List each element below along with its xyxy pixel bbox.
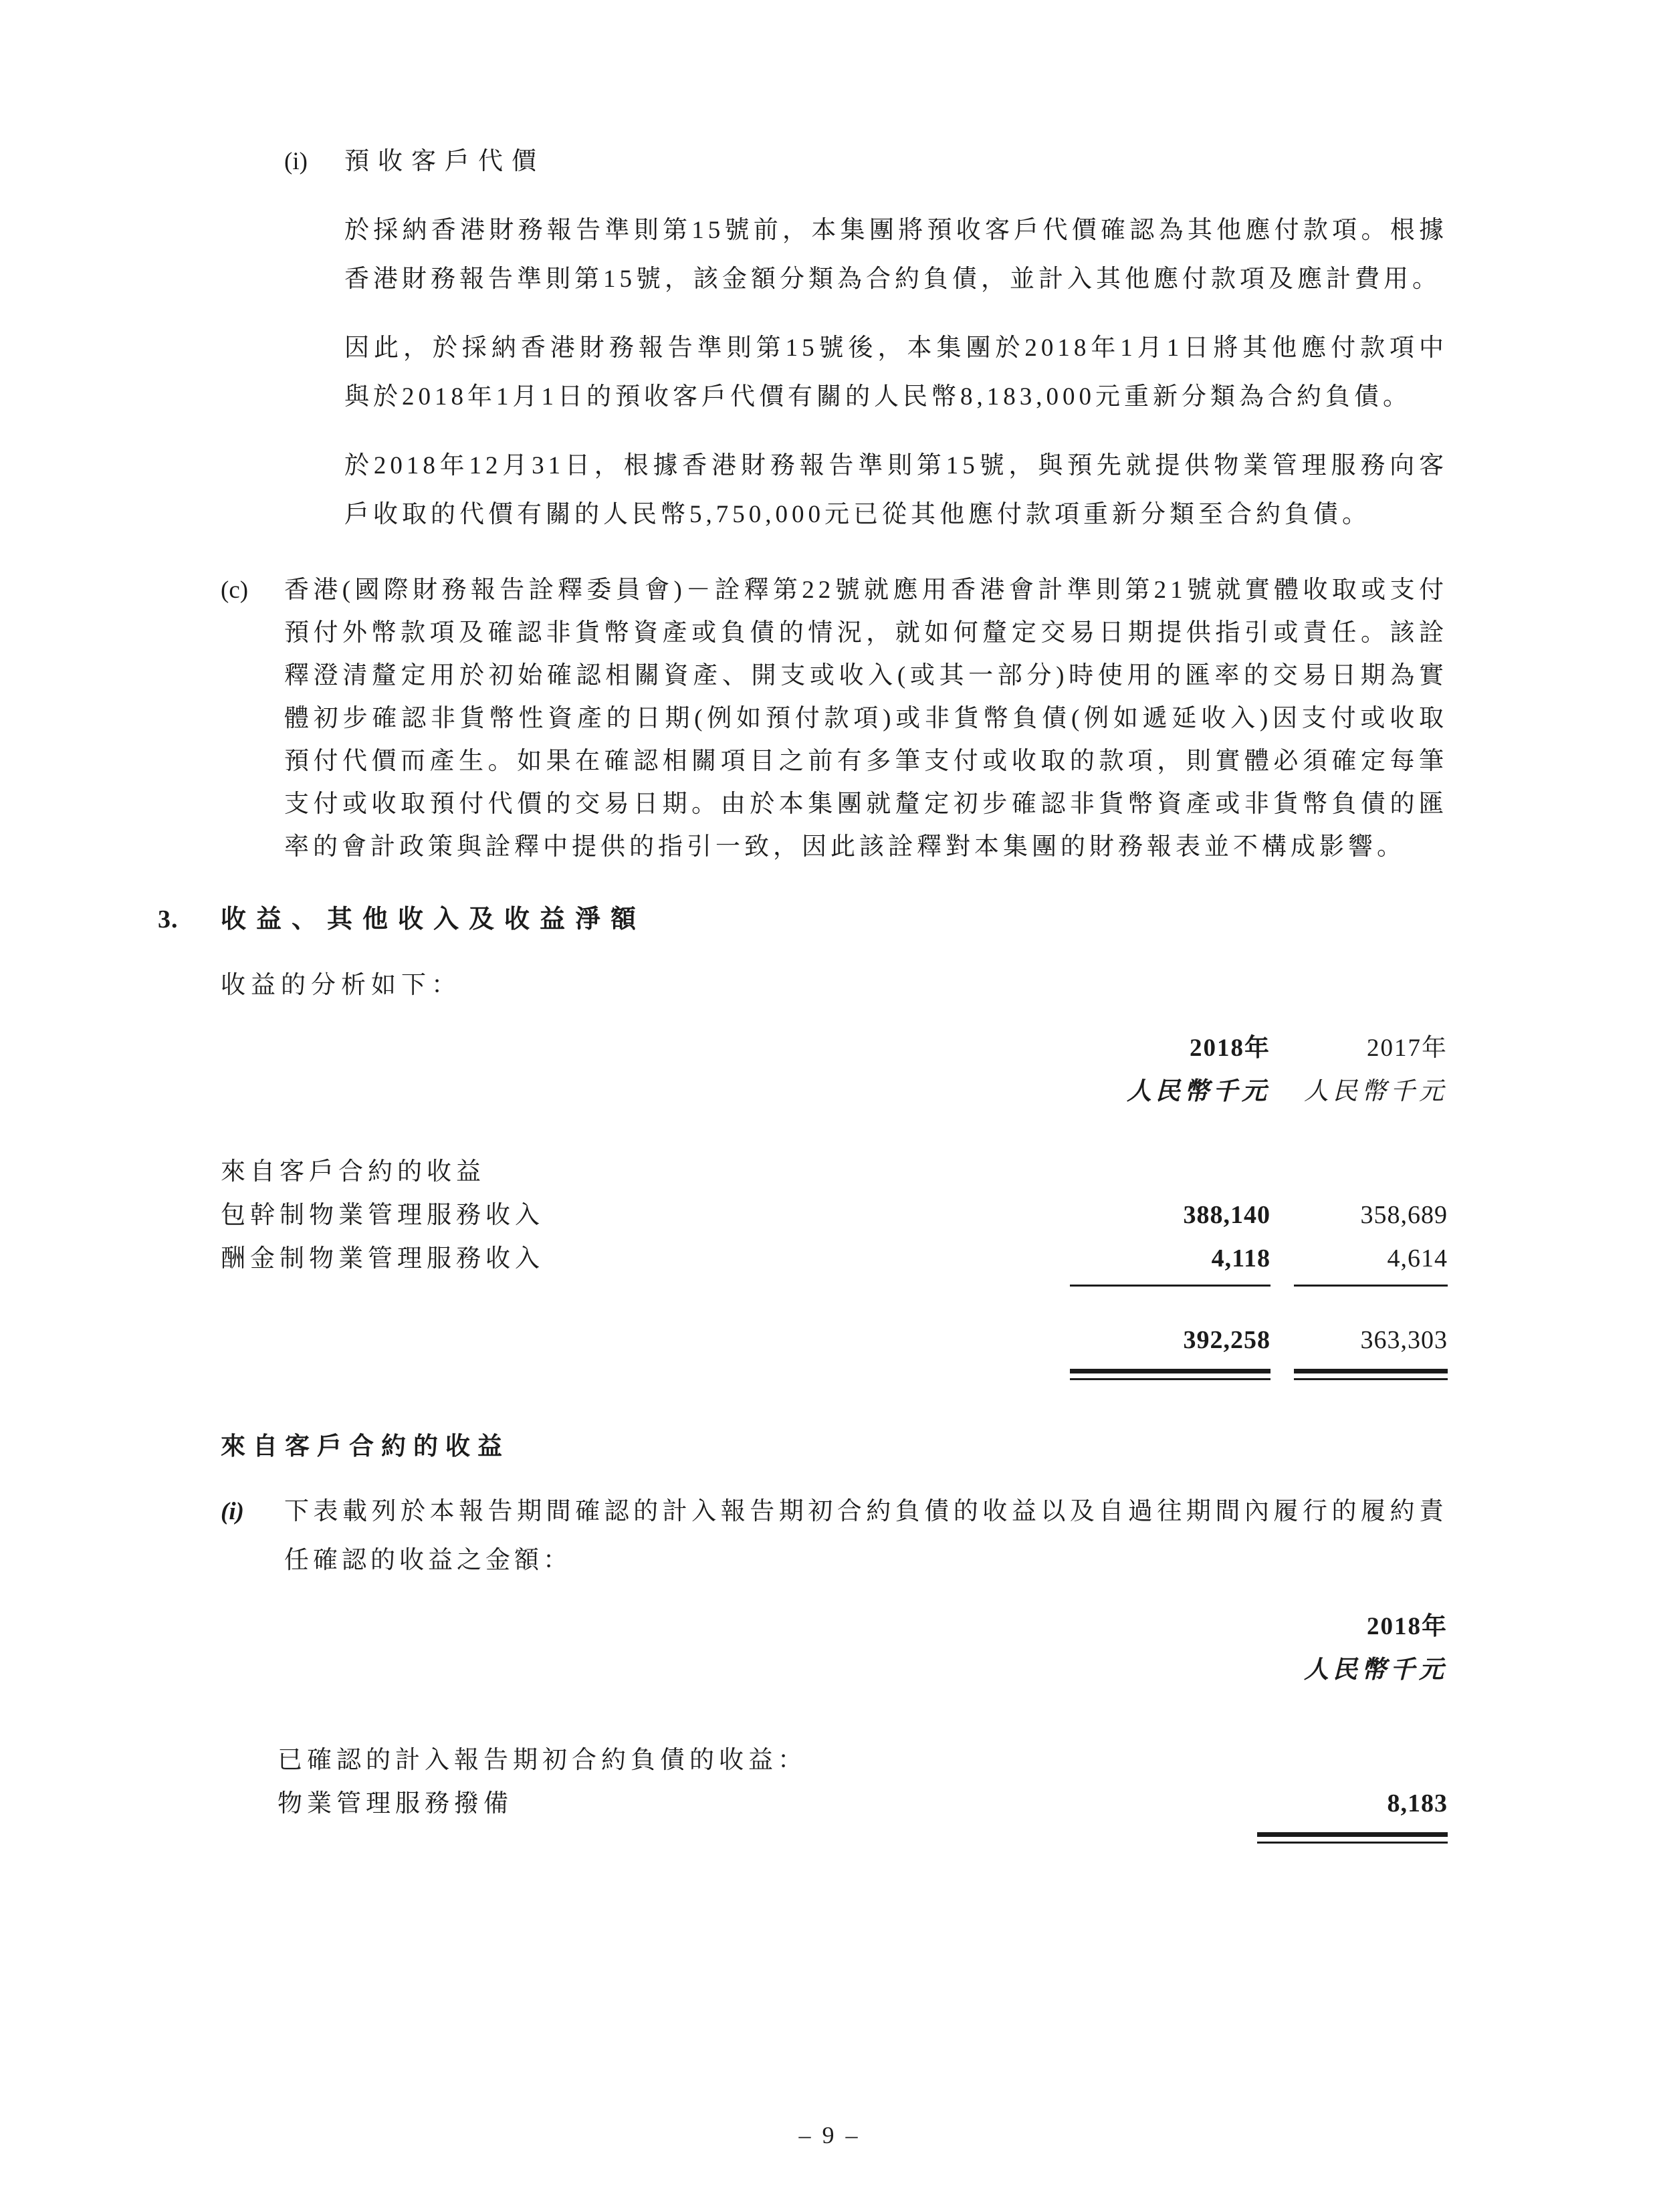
prepayment-paragraph-1: 於採納香港財務報告準則第15號前，本集團將預收客戶代價確認為其他應付款項。根據香… <box>344 206 1448 304</box>
item-c-label: (c) <box>221 569 284 869</box>
prepayment-paragraph-3: 於2018年12月31日，根據香港財務報告準則第15號，與預先就提供物業管理服務… <box>344 441 1448 539</box>
total-value-2018: 392,258 <box>1070 1319 1270 1362</box>
header-unit-2017: 人民幣千元 <box>1294 1070 1448 1113</box>
prepayment-paragraph-2: 因此，於採納香港財務報告準則第15號後，本集團於2018年1月1日將其他應付款項… <box>344 324 1448 421</box>
prepayment-consideration-item: (i) 預收客戶代價 於採納香港財務報告準則第15號前，本集團將預收客戶代價確認… <box>284 137 1448 539</box>
revenue-analysis-intro: 收益的分析如下： <box>221 961 1659 1010</box>
item-i-heading: 預收客戶代價 <box>344 137 545 186</box>
row-value-2018: 4,118 <box>1070 1237 1270 1281</box>
table-row: 來自客戶合約的收益 <box>221 1150 1448 1194</box>
header-unit-2018: 人民幣千元 <box>1070 1070 1270 1113</box>
revenue-analysis-table: 2018年 2017年 人民幣千元 人民幣千元 來自客戶合約的收益 包幹制物業管… <box>221 1026 1448 1380</box>
report-page: (i) 預收客戶代價 於採納香港財務報告準則第15號前，本集團將預收客戶代價確認… <box>0 0 1659 2212</box>
page-number: – 9 – <box>0 2122 1659 2148</box>
interpretation-paragraph: 香港(國際財務報告詮釋委員會)－詮釋第22號就應用香港會計準則第21號就實體收取… <box>284 569 1448 869</box>
header-year-2018: 2018年 <box>1070 1026 1270 1070</box>
recognised-revenue-table: 2018年 人民幣千元 已確認的計入報告期初合約負債的收益： 物業管理服務撥備 … <box>278 1605 1448 1844</box>
header-year-2017: 2017年 <box>1294 1026 1448 1070</box>
contract-revenue-text: 下表載列於本報告期間確認的計入報告期初合約負債的收益以及自過往期間內履行的履約責… <box>284 1487 1448 1585</box>
section-3-number: 3. <box>158 895 221 944</box>
total-row: 392,258 363,303 <box>221 1319 1448 1362</box>
group-label: 來自客戶合約的收益 <box>221 1150 1070 1194</box>
contract-revenue-heading: 來自客戶合約的收益 <box>221 1422 1659 1470</box>
header-year-2018: 2018年 <box>1257 1605 1448 1648</box>
column-rule <box>1294 1285 1448 1287</box>
table-row: 物業管理服務撥備 8,183 <box>278 1782 1448 1826</box>
total-value-2017: 363,303 <box>1294 1319 1448 1362</box>
total-rule <box>221 1369 1448 1380</box>
table-row: 酬金制物業管理服務收入 4,118 4,614 <box>221 1237 1448 1281</box>
caption-row-label: 已確認的計入報告期初合約負債的收益： <box>278 1739 1257 1782</box>
item-i-label: (i) <box>284 137 344 186</box>
subtotal-rule <box>221 1285 1448 1287</box>
table-row: 包幹制物業管理服務收入 388,140 358,689 <box>221 1194 1448 1237</box>
total-rule <box>278 1832 1448 1844</box>
row-label: 包幹制物業管理服務收入 <box>221 1194 1070 1237</box>
section-3-title: 收益、其他收入及收益淨額 <box>221 895 646 944</box>
contract-revenue-item: (i) 下表載列於本報告期間確認的計入報告期初合約負債的收益以及自過往期間內履行… <box>221 1487 1448 1585</box>
row-value-2018: 388,140 <box>1070 1194 1270 1237</box>
item-i-italic-label: (i) <box>221 1487 284 1585</box>
header-unit-2018: 人民幣千元 <box>1257 1648 1448 1692</box>
row-value-2017: 4,614 <box>1294 1237 1448 1281</box>
column-rule <box>1070 1285 1270 1287</box>
row-value-2017: 358,689 <box>1294 1194 1448 1237</box>
row-value-2018: 8,183 <box>1257 1782 1448 1826</box>
double-rule <box>1294 1369 1448 1380</box>
interpretation-item: (c) 香港(國際財務報告詮釋委員會)－詮釋第22號就應用香港會計準則第21號就… <box>221 569 1448 869</box>
section-3-heading: 3. 收益、其他收入及收益淨額 <box>158 895 1659 944</box>
table-row: 已確認的計入報告期初合約負債的收益： <box>278 1739 1448 1782</box>
row-label: 物業管理服務撥備 <box>278 1782 1257 1826</box>
row-label: 酬金制物業管理服務收入 <box>221 1237 1070 1281</box>
double-rule <box>1257 1832 1448 1844</box>
double-rule <box>1070 1369 1270 1380</box>
